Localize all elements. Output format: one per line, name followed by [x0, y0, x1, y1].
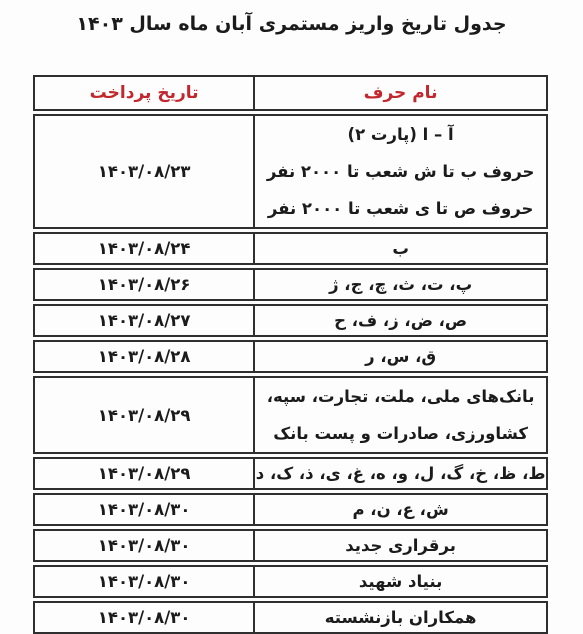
payment-date-cell: ۱۴۰۳/۰۸/۲۹ — [35, 378, 253, 452]
letter-name-cell: پ، ت، ث، چ، ج، ژ — [253, 270, 546, 299]
letter-name-line: حروف ص تا ی شعب تا ۲۰۰۰ نفر — [268, 190, 534, 227]
payment-date-cell: ۱۴۰۳/۰۸/۳۰ — [35, 567, 253, 596]
letter-name-cell: ب — [253, 234, 546, 263]
letter-name-line: برقراری جدید — [345, 536, 456, 555]
letter-name-line: پ، ت، ث، چ، ج، ژ — [329, 275, 472, 294]
letter-name-cell: ط، ظ، خ، گ، ل، و، ه، غ، ی، ذ، ک، د — [253, 459, 546, 488]
letter-name-cell: همکاران بازنشسته — [253, 603, 546, 632]
letter-name-cell: آ – ا (پارت ۲)حروف ب تا ش شعب تا ۲۰۰۰ نف… — [253, 116, 546, 227]
letter-name-cell: بنیاد شهید — [253, 567, 546, 596]
letter-name-line: ق، س، ر — [365, 347, 436, 366]
table-row: بنیاد شهید۱۴۰۳/۰۸/۳۰ — [33, 565, 548, 598]
column-header-payment-date: تاریخ پرداخت — [35, 77, 253, 109]
letter-name-line: بنیاد شهید — [359, 572, 442, 591]
table-row: ش، ع، ن، م۱۴۰۳/۰۸/۳۰ — [33, 493, 548, 526]
table-row: آ – ا (پارت ۲)حروف ب تا ش شعب تا ۲۰۰۰ نف… — [33, 114, 548, 229]
letter-name-line: ص، ض، ز، ف، ح — [334, 311, 467, 330]
pension-deposit-schedule-page: جدول تاریخ واریز مستمری آبان ماه سال ۱۴۰… — [0, 0, 583, 634]
table-row: پ، ت، ث، چ، ج، ژ۱۴۰۳/۰۸/۲۶ — [33, 268, 548, 301]
payment-date-cell: ۱۴۰۳/۰۸/۳۰ — [35, 603, 253, 632]
table-body: آ – ا (پارت ۲)حروف ب تا ش شعب تا ۲۰۰۰ نف… — [33, 114, 548, 634]
table-row: همکاران بازنشسته۱۴۰۳/۰۸/۳۰ — [33, 601, 548, 634]
payment-date-cell: ۱۴۰۳/۰۸/۲۸ — [35, 342, 253, 371]
letter-name-line: کشاورزی، صادرات و پست بانک — [273, 415, 528, 452]
letter-name-cell: ص، ض، ز، ف، ح — [253, 306, 546, 335]
payment-date-cell: ۱۴۰۳/۰۸/۳۰ — [35, 531, 253, 560]
column-header-letter-name: نام حرف — [253, 77, 546, 109]
letter-name-line: ط، ظ، خ، گ، ل، و، ه، غ، ی، ذ، ک، د — [256, 464, 546, 483]
letter-name-line: بانک‌های ملی، ملت، تجارت، سپه، — [267, 378, 535, 415]
table-row: ص، ض، ز، ف، ح۱۴۰۳/۰۸/۲۷ — [33, 304, 548, 337]
payment-date-cell: ۱۴۰۳/۰۸/۲۷ — [35, 306, 253, 335]
table-row: ط، ظ، خ، گ، ل، و، ه، غ، ی، ذ، ک، د۱۴۰۳/۰… — [33, 457, 548, 490]
letter-name-cell: برقراری جدید — [253, 531, 546, 560]
table-row: بانک‌های ملی، ملت، تجارت، سپه،کشاورزی، ص… — [33, 376, 548, 454]
payment-date-cell: ۱۴۰۳/۰۸/۲۶ — [35, 270, 253, 299]
payment-date-cell: ۱۴۰۳/۰۸/۲۹ — [35, 459, 253, 488]
payment-date-cell: ۱۴۰۳/۰۸/۲۴ — [35, 234, 253, 263]
table-row: ب۱۴۰۳/۰۸/۲۴ — [33, 232, 548, 265]
letter-name-line: آ – ا (پارت ۲) — [348, 116, 454, 153]
payment-date-cell: ۱۴۰۳/۰۸/۳۰ — [35, 495, 253, 524]
letter-name-cell: بانک‌های ملی، ملت، تجارت، سپه،کشاورزی، ص… — [253, 378, 546, 452]
page-title: جدول تاریخ واریز مستمری آبان ماه سال ۱۴۰… — [0, 13, 583, 35]
table-header-row: نام حرف تاریخ پرداخت — [33, 75, 548, 111]
table-row: برقراری جدید۱۴۰۳/۰۸/۳۰ — [33, 529, 548, 562]
letter-name-line: همکاران بازنشسته — [325, 608, 477, 627]
letter-name-line: حروف ب تا ش شعب تا ۲۰۰۰ نفر — [267, 153, 535, 190]
letter-name-cell: ق، س، ر — [253, 342, 546, 371]
payment-schedule-table: نام حرف تاریخ پرداخت آ – ا (پارت ۲)حروف … — [33, 75, 548, 634]
letter-name-cell: ش، ع، ن، م — [253, 495, 546, 524]
payment-date-cell: ۱۴۰۳/۰۸/۲۳ — [35, 116, 253, 227]
table-row: ق، س، ر۱۴۰۳/۰۸/۲۸ — [33, 340, 548, 373]
letter-name-line: ب — [392, 239, 409, 258]
letter-name-line: ش، ع، ن، م — [352, 500, 448, 519]
